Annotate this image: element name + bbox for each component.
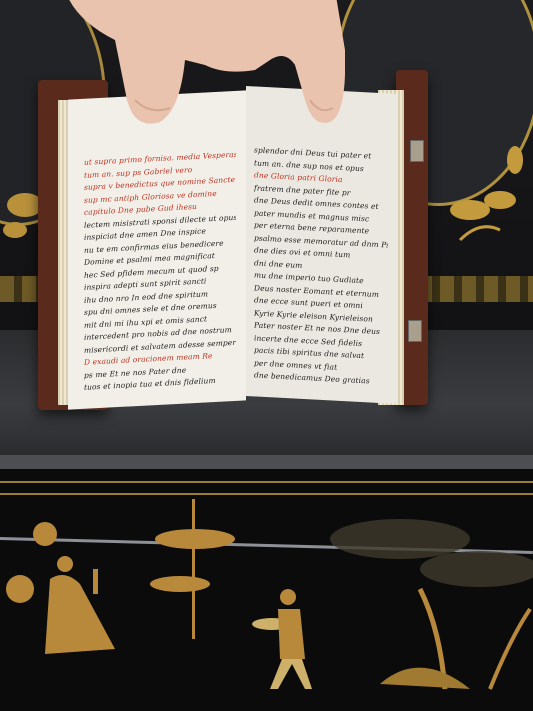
metal-clasp-icon [410, 140, 424, 162]
gold-flower-decoration-right [440, 140, 530, 250]
chest-top-edge [0, 455, 533, 469]
gold-trim-line [0, 481, 533, 483]
photo-scene: ut supra primo fornisa. media Vesperas t… [0, 0, 533, 711]
lacquer-drawer-panel [0, 469, 533, 711]
chinoiserie-gold-scene [0, 489, 533, 711]
hand-holding-book [55, 0, 345, 140]
metal-clasp-icon [408, 320, 422, 342]
